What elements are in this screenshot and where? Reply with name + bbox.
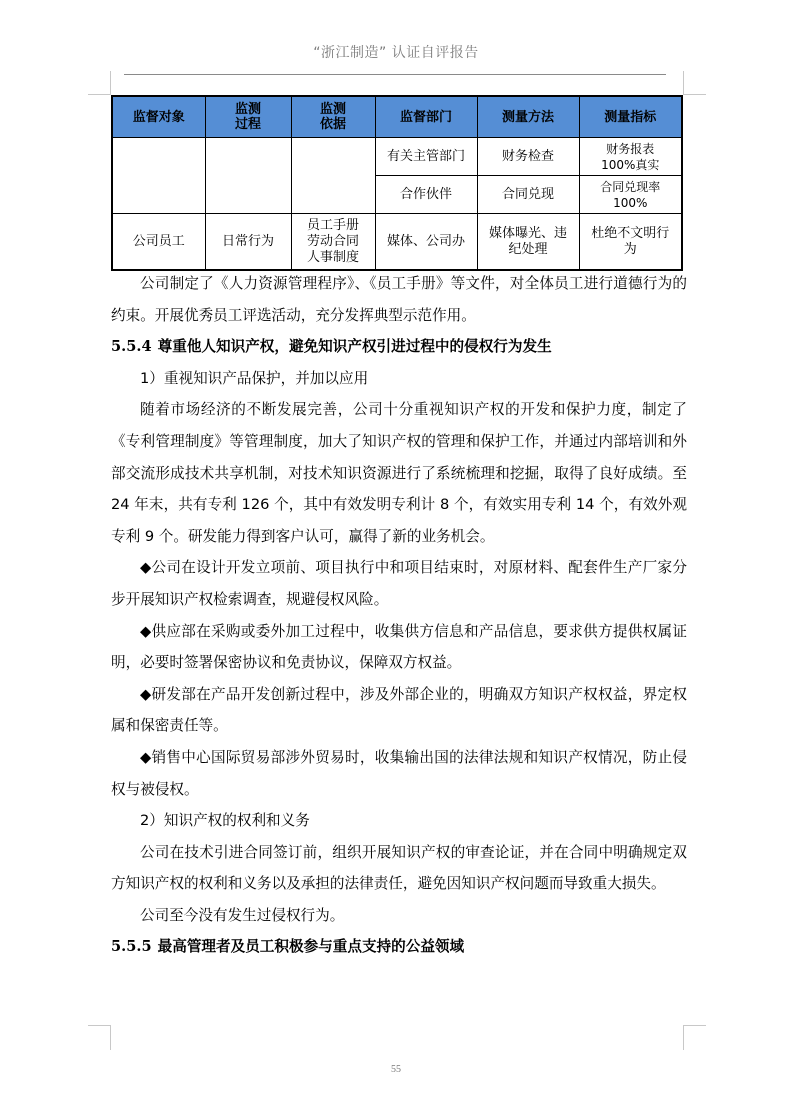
section-number: 5.5.4 xyxy=(111,338,152,355)
page-number: 55 xyxy=(0,1064,792,1075)
bullet-item: ◆研发部在产品开发创新过程中，涉及外部企业的，明确双方知识产权权益，界定权属和保… xyxy=(111,679,687,742)
table-cell-method: 合同兑现 xyxy=(477,176,579,214)
table-cell-basis xyxy=(291,138,375,214)
bullet-item: ◆公司在设计开发立项前、项目执行中和项目结束时，对原材料、配套件生产厂家分步开展… xyxy=(111,552,687,615)
table-cell-process xyxy=(205,138,291,214)
table-cell-method: 财务检查 xyxy=(477,138,579,176)
table-cell-method: 媒体曝光、违 纪处理 xyxy=(477,214,579,271)
table-cell-department: 媒体、公司办 xyxy=(375,214,477,271)
section-title: 最高管理者及员工积极参与重点支持的公益领域 xyxy=(158,938,464,955)
section-heading-5-5-5: 5.5.5最高管理者及员工积极参与重点支持的公益领域 xyxy=(111,931,687,963)
paragraph-patents: 随着市场经济的不断发展完善，公司十分重视知识产权的开发和保护力度，制定了《专利管… xyxy=(111,394,687,552)
column-header: 监督对象 xyxy=(112,96,205,138)
subheading-ip-rights: 2）知识产权的权利和义务 xyxy=(111,805,687,837)
crop-mark-bottom-left xyxy=(88,1025,111,1050)
table-cell-object xyxy=(112,138,205,214)
table-cell-indicator: 财务报表 100%真实 xyxy=(579,138,682,176)
table-cell-indicator: 杜绝不文明行 为 xyxy=(579,214,682,271)
section-number: 5.5.5 xyxy=(111,938,152,955)
diamond-bullet-icon: ◆ xyxy=(140,686,152,703)
document-body: 公司制定了《人力资源管理程序》、《员工手册》等文件，对全体员工进行道德行为的约束… xyxy=(111,268,687,963)
diamond-bullet-icon: ◆ xyxy=(140,749,152,766)
column-header: 监测 依据 xyxy=(291,96,375,138)
header-divider xyxy=(124,74,666,75)
paragraph-hr-policy: 公司制定了《人力资源管理程序》、《员工手册》等文件，对全体员工进行道德行为的约束… xyxy=(111,268,687,331)
subheading-ip-protection: 1）重视知识产品保护，并加以应用 xyxy=(111,363,687,395)
column-header: 监督部门 xyxy=(375,96,477,138)
section-heading-5-5-4: 5.5.4尊重他人知识产权，避免知识产权引进过程中的侵权行为发生 xyxy=(111,331,687,363)
table-cell-indicator: 合同兑现率 100% xyxy=(579,176,682,214)
table-cell-department: 合作伙伴 xyxy=(375,176,477,214)
column-header: 测量指标 xyxy=(579,96,682,138)
table-row: 公司员工 日常行为 员工手册 劳动合同 人事制度 媒体、公司办 媒体曝光、违 纪… xyxy=(112,214,682,271)
diamond-bullet-icon: ◆ xyxy=(140,559,152,576)
table-cell-object: 公司员工 xyxy=(112,214,205,271)
column-header: 测量方法 xyxy=(477,96,579,138)
table-header-row: 监督对象 监测 过程 监测 依据 监督部门 测量方法 测量指标 xyxy=(112,96,682,138)
paragraph-contract-review: 公司在技术引进合同签订前，组织开展知识产权的审查论证，并在合同中明确规定双方知识… xyxy=(111,837,687,900)
table-cell-department: 有关主管部门 xyxy=(375,138,477,176)
bullet-item: ◆供应部在采购或委外加工过程中，收集供方信息和产品信息，要求供方提供权属证明，必… xyxy=(111,616,687,679)
page-header-title: “浙江制造” 认证自评报告 xyxy=(0,42,792,62)
table-row: 有关主管部门 财务检查 财务报表 100%真实 xyxy=(112,138,682,176)
bullet-item: ◆销售中心国际贸易部涉外贸易时，收集输出国的法律法规和知识产权情况，防止侵权与被… xyxy=(111,742,687,805)
table-cell-process: 日常行为 xyxy=(205,214,291,271)
table-cell-basis: 员工手册 劳动合同 人事制度 xyxy=(291,214,375,271)
diamond-bullet-icon: ◆ xyxy=(140,623,152,640)
column-header: 监测 过程 xyxy=(205,96,291,138)
crop-mark-bottom-right xyxy=(683,1025,706,1050)
paragraph-no-infringement: 公司至今没有发生过侵权行为。 xyxy=(111,900,687,932)
crop-mark-top-right xyxy=(683,71,706,95)
section-title: 尊重他人知识产权，避免知识产权引进过程中的侵权行为发生 xyxy=(158,338,552,355)
supervision-table: 监督对象 监测 过程 监测 依据 监督部门 测量方法 测量指标 有关主管部门 财… xyxy=(111,95,683,271)
crop-mark-top-left xyxy=(88,71,111,95)
